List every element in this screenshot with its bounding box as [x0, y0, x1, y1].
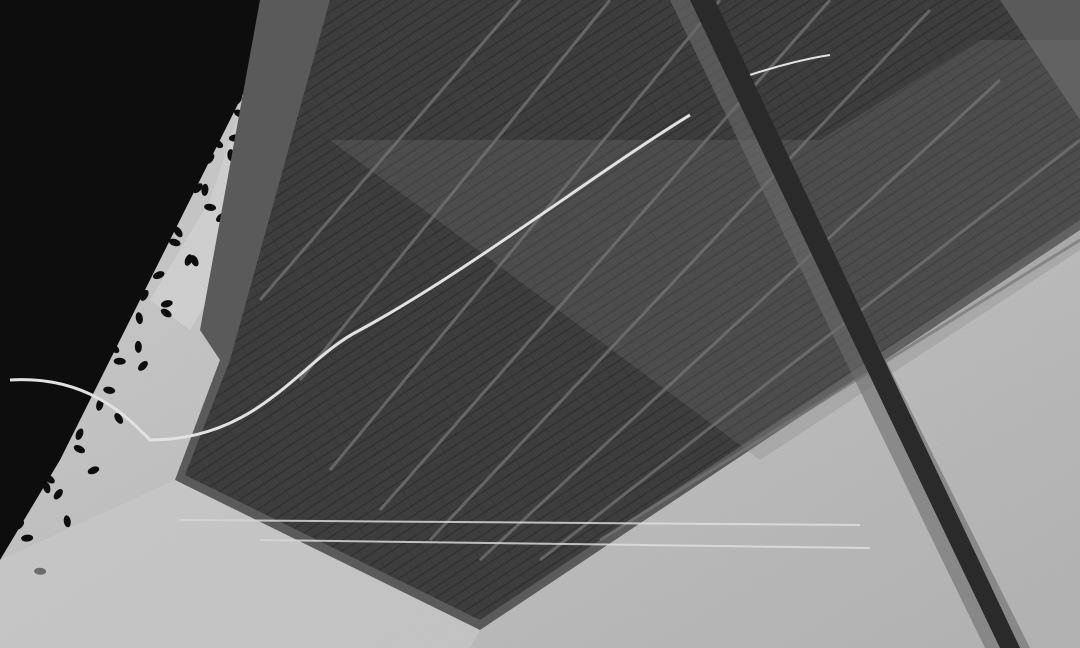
photograph: [0, 0, 1080, 648]
photo-artwork: [0, 0, 1080, 648]
